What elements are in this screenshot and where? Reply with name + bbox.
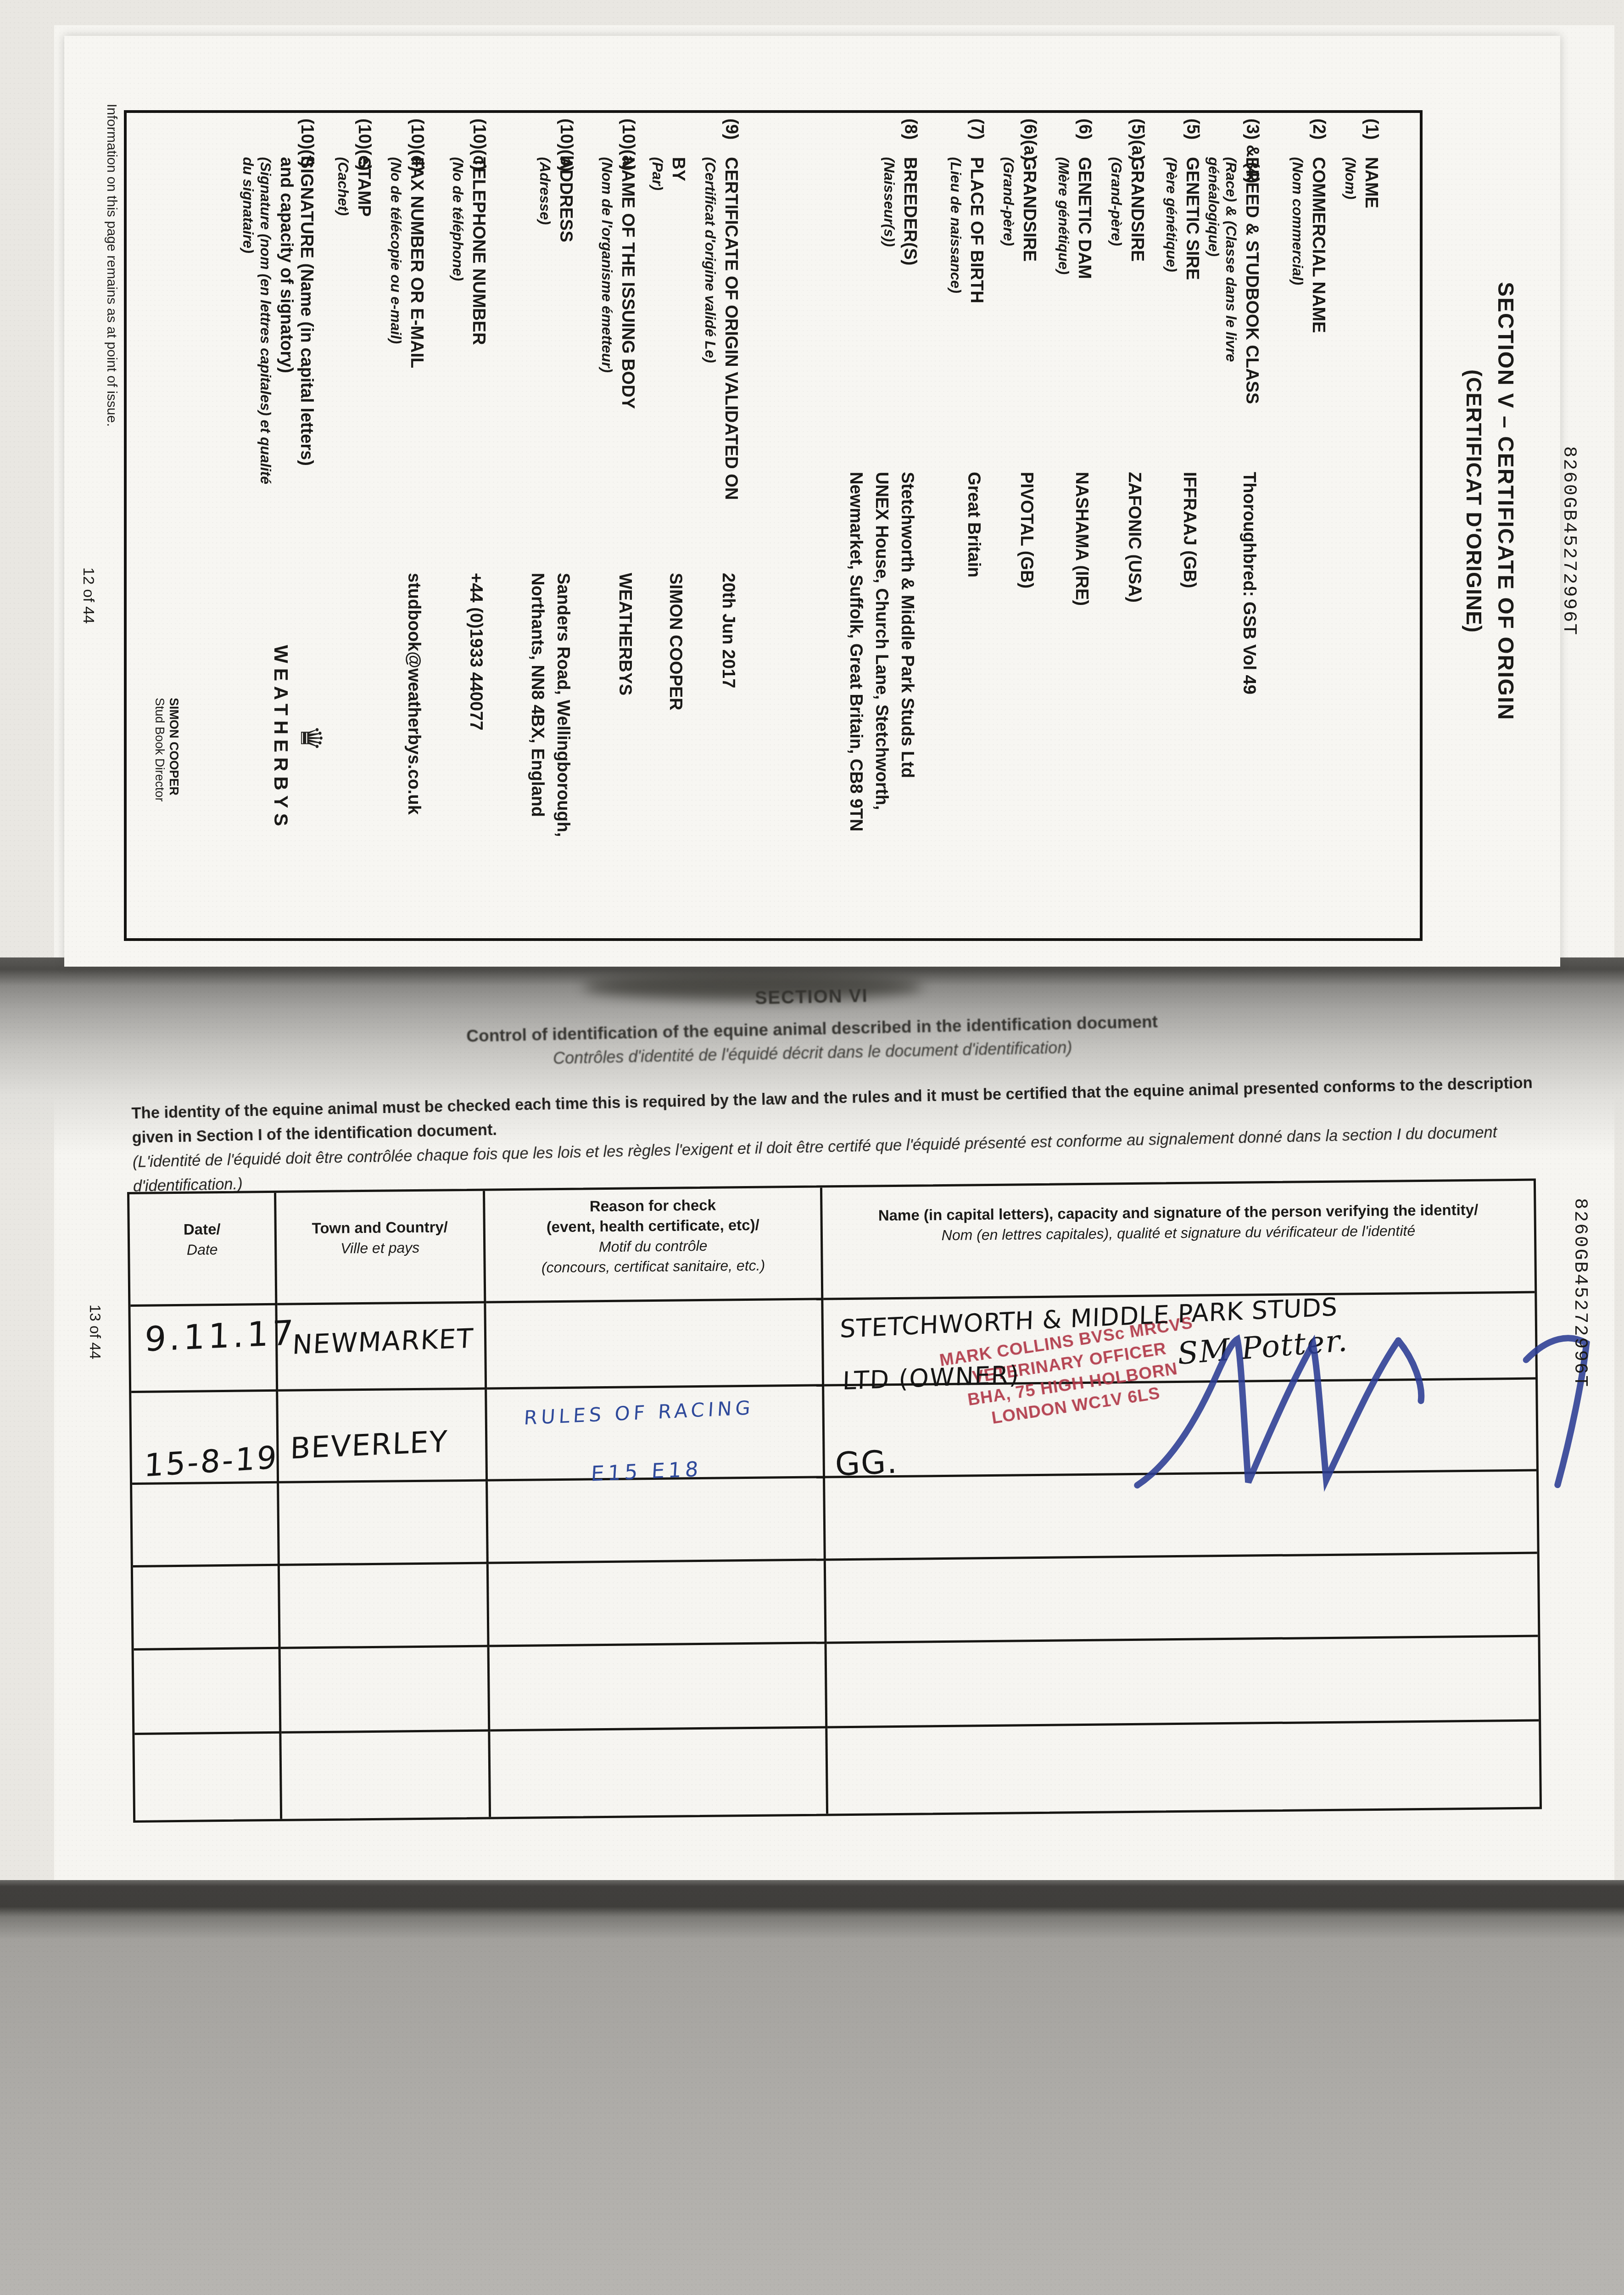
field-number: (2) [1309, 118, 1328, 140]
header-reason-en: Reason for check [485, 1194, 820, 1218]
field-label-fr: (Père génétique) [1163, 157, 1180, 460]
header-town: Town and Country/ Ville et pays [276, 1191, 486, 1305]
cell-reason [488, 1478, 826, 1564]
cell-date [134, 1734, 282, 1820]
certificate-title-en: SECTION V – CERTIFICATE OF ORIGIN [1493, 36, 1518, 967]
field-label-en: BREEDER(S) [900, 157, 920, 265]
cell-date [134, 1649, 282, 1735]
field-value: WEATHERBYS [612, 573, 638, 1032]
header-reason: Reason for check (event, health certific… [485, 1187, 823, 1303]
breeder-line: Stetchworth & Middle Park Studs Ltd [894, 472, 920, 931]
field-value: ZAFONIC (USA) [1122, 472, 1147, 931]
stamp-brand: WEATHERBYS [270, 637, 292, 839]
field-label-fr: (Mère génétique) [1055, 157, 1072, 460]
field-label-fr: (Cachet) [335, 157, 352, 460]
table-row-empty [134, 1722, 1540, 1820]
passport-serial-number: 8260GB45272996T [1558, 446, 1579, 636]
field-label-fr: (Par) [649, 157, 666, 561]
table-row-empty [133, 1554, 1538, 1651]
identity-check-table: Date/ Date Town and Country/ Ville et pa… [127, 1179, 1542, 1823]
header-date-en: Date/ [130, 1219, 274, 1240]
address-line: Sanders Road, Wellingborough, [550, 573, 576, 1032]
field-label: CERTIFICATE OF ORIGIN VALIDATED ON (Cert… [702, 157, 741, 561]
signatory-name: SIMON COOPER [167, 698, 181, 802]
field-label-fr: (Nom commercial) [1289, 157, 1306, 460]
field-label-en: GENETIC DAM [1075, 157, 1094, 279]
certificate-of-origin-page: SECTION V – CERTIFICATE OF ORIGIN (CERTI… [64, 36, 1560, 967]
signatory-title: Stud Book Director [152, 698, 167, 802]
field-label-fr: (Grand-père) [1108, 157, 1125, 460]
field-number: (5)(a) [1127, 118, 1147, 161]
handwritten-initials: GG. [834, 1443, 899, 1483]
cell-reason [490, 1728, 828, 1817]
field-number: (8) [900, 118, 920, 140]
field-label: FAX NUMBER OR E-MAIL (No de télécopie ou… [387, 157, 427, 561]
signatory-block: SIMON COOPER Stud Book Director [152, 698, 181, 802]
field-label-fr: (No de télécopie ou e-mail) [387, 157, 405, 561]
field-label-en: PLACE OF BIRTH [967, 157, 986, 303]
field-label: TELEPHONE NUMBER (No de téléphone) [449, 157, 489, 561]
field-number: (1) [1362, 118, 1381, 140]
field-label-en: GENETIC SIRE [1183, 157, 1202, 280]
field-value: studbook@weatherbys.co.uk [401, 573, 427, 1032]
field-label-en: CERTIFICATE OF ORIGIN VALIDATED ON [721, 157, 741, 500]
page-number: 12 of 44 [79, 567, 97, 624]
table-header-row: Date/ Date Town and Country/ Ville et pa… [129, 1181, 1535, 1307]
field-label-fr: (No de téléphone) [449, 157, 467, 561]
cell-verifier [827, 1722, 1540, 1814]
field-label-fr: (Nom) [1342, 157, 1359, 460]
field-label-en: GRANDSIRE [1020, 157, 1039, 262]
field-label-en: ADDRESS [556, 157, 575, 242]
field-label-fr: (Signature (nom (en lettres capitales) e… [240, 157, 274, 506]
field-label-en2: and capacity of signatory) [276, 157, 296, 506]
field-label: BREEDER(S) (Naisseur(s)) [881, 157, 920, 460]
cell-reason [486, 1300, 824, 1389]
field-label: GRANDSIRE (Grand-père) [1108, 157, 1147, 460]
header-date-fr: Date [130, 1239, 274, 1260]
field-label-fr: (Naisseur(s)) [881, 157, 898, 460]
header-reason-fr: Motif du contrôle [486, 1235, 820, 1258]
address-line: Northants, NN8 4BX, England [525, 573, 550, 1032]
cell-reason [490, 1644, 828, 1731]
field-label-en: COMMERCIAL NAME [1309, 157, 1328, 333]
page-number: 13 of 44 [86, 1304, 104, 1359]
field-label: GRANDSIRE (Grand-père) [1000, 157, 1039, 460]
weatherbys-stamp: ♛ WEATHERBYS [270, 637, 326, 839]
field-value: Thoroughbred: GSB Vol 49 [1236, 472, 1262, 931]
table-row-empty [134, 1637, 1539, 1735]
field-label-en: SIGNATURE (Name (in capital letters) [297, 157, 316, 466]
margin-note: Information on this page remains as at p… [104, 104, 119, 427]
cell-town [281, 1731, 491, 1819]
certificate-sheet: SECTION V – CERTIFICATE OF ORIGIN (CERTI… [64, 36, 1560, 967]
field-label: GENETIC DAM (Mère génétique) [1055, 157, 1094, 460]
field-number: (9) [721, 118, 741, 140]
field-value: SIMON COOPER [663, 573, 688, 1032]
header-date: Date/ Date [129, 1193, 277, 1307]
field-value: Sanders Road, Wellingborough, Northants,… [525, 573, 576, 1032]
header-reason-en2: (event, health certificate, etc)/ [486, 1215, 820, 1238]
field-label-fr: (Race) & (Classe dans le livre généalogi… [1205, 157, 1240, 460]
cell-reason [489, 1561, 827, 1647]
breeder-line: Newmarket, Suffolk, Great Britain, CB8 9… [843, 472, 869, 931]
breeder-line: UNEX House, Church Lane, Stetchworth, [869, 472, 894, 931]
field-label: COMMERCIAL NAME (Nom commercial) [1289, 157, 1328, 460]
field-label: GENETIC SIRE (Père génétique) [1163, 157, 1202, 460]
field-number: (6)(a) [1020, 118, 1039, 161]
field-value: NASHAMA (IRE) [1069, 472, 1094, 931]
field-label: SIGNATURE (Name (in capital letters) and… [240, 157, 317, 506]
cell-town [281, 1647, 491, 1733]
cell-verifier [826, 1554, 1538, 1644]
field-label: NAME (Nom) [1342, 157, 1381, 460]
field-label-fr: (Grand-père) [1000, 157, 1017, 460]
field-label: BY (Par) [649, 157, 688, 561]
certificate-title: SECTION V – CERTIFICATE OF ORIGIN (CERTI… [1462, 36, 1518, 967]
field-value: 20th Jun 2017 [715, 573, 741, 1032]
field-label: PLACE OF BIRTH (Lieu de naissance) [947, 157, 987, 460]
field-label: NAME OF THE ISSUING BODY (Nom de l'organ… [598, 157, 638, 561]
field-label: ADDRESS (Adresse) [536, 157, 576, 561]
field-label-en: NAME OF THE ISSUING BODY [618, 157, 637, 409]
cell-verifier [827, 1637, 1539, 1729]
scanned-passport-page: 8260GB45272996T 8260GB45272996T 13 of 44… [0, 0, 1624, 2295]
field-value: Great Britain [961, 472, 987, 931]
field-label-fr: (Nom de l'organisme émetteur) [598, 157, 616, 561]
field-value: PIVOTAL (GB) [1014, 472, 1039, 931]
field-label-en: BREED & STUDBOOK CLASS [1242, 157, 1261, 404]
field-label-en: FAX NUMBER OR E-MAIL [407, 157, 426, 368]
header-reason-fr2: (concours, certificat sanitaire, etc.) [486, 1254, 820, 1278]
field-label-en: BY [669, 157, 688, 181]
cell-date [133, 1566, 281, 1651]
field-value: +44 (0)1933 440077 [463, 573, 489, 1032]
scanner-background [0, 1880, 1624, 2295]
handwritten-town: NEWMARKET [292, 1323, 475, 1360]
cell-date [132, 1483, 280, 1567]
field-value: Stetchworth & Middle Park Studs Ltd UNEX… [843, 472, 920, 931]
crown-icon: ♛ [296, 637, 326, 839]
field-label-en: TELEPHONE NUMBER [469, 157, 488, 345]
field-value: IFFRAAJ (GB) [1177, 472, 1202, 931]
field-label-en: STAMP [354, 157, 374, 217]
field-number: (6) [1075, 118, 1094, 140]
handwritten-date: 9.11.17 [144, 1313, 297, 1360]
header-town-fr: Ville et pays [277, 1237, 483, 1259]
passport-serial-number: 8260GB45272996T [1569, 1198, 1591, 1388]
field-label: STAMP (Cachet) [335, 157, 374, 460]
field-label-en: GRANDSIRE [1127, 157, 1147, 262]
field-label: BREED & STUDBOOK CLASS (Race) & (Classe … [1205, 157, 1262, 460]
field-number: (7) [967, 118, 987, 140]
cell-town [279, 1481, 489, 1566]
field-label-en: NAME [1362, 157, 1381, 208]
header-town-en: Town and Country/ [277, 1217, 483, 1239]
field-label-fr: (Certificat d'origine validé Le) [702, 157, 719, 561]
field-label-fr: (Lieu de naissance) [947, 157, 965, 460]
certificate-title-fr: (CERTIFICAT D'ORIGINE) [1462, 36, 1486, 967]
cell-town [280, 1564, 490, 1649]
field-label-fr: (Adresse) [536, 157, 554, 561]
blue-ink-signature-scrawl [1122, 1315, 1624, 1508]
header-verifier: Name (in capital letters), capacity and … [822, 1181, 1535, 1300]
handwritten-town: BEVERLEY [290, 1425, 449, 1466]
handwritten-reason-codes: E15 E18 [590, 1457, 703, 1486]
field-number: (5) [1183, 118, 1202, 140]
